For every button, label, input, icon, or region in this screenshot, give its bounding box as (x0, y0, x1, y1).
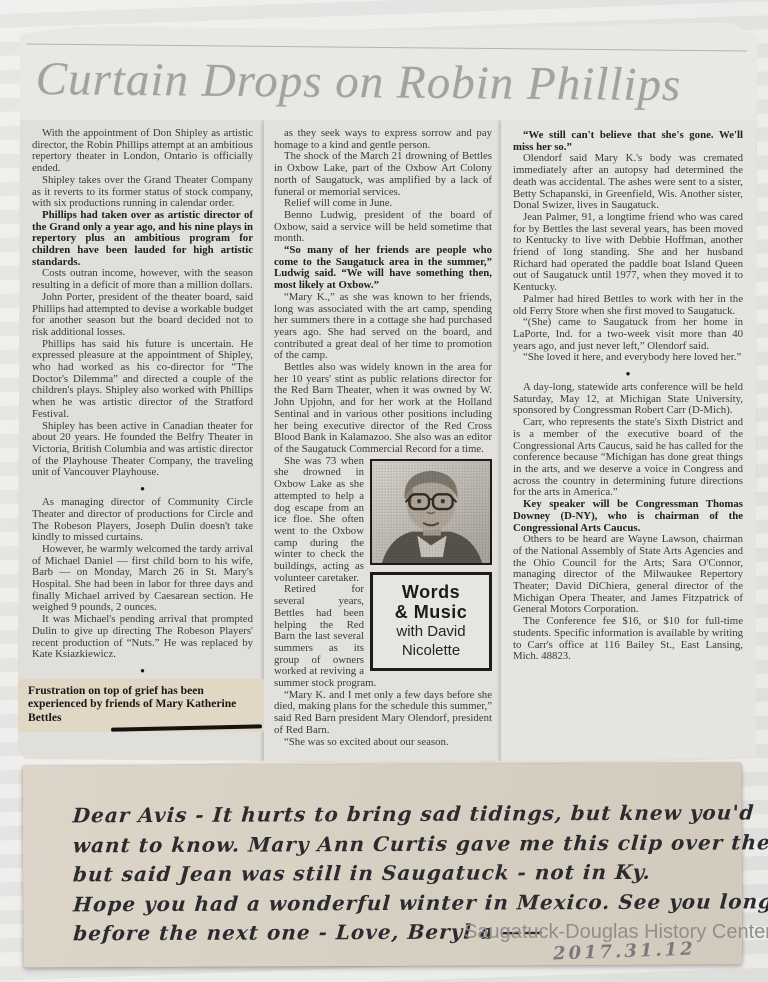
article-paragraph: Palmer had hired Bettles to work with he… (513, 294, 743, 317)
article-paragraph: The Conference fee $16, or $10 for full-… (513, 616, 743, 663)
article-paragraph: “She was so excited about our season. (274, 737, 492, 749)
article-paragraph: Others to be heard are Wayne Lawson, cha… (513, 534, 743, 616)
portrait-photo-icon (372, 461, 490, 563)
article-paragraph: “So many of her friends are people who c… (274, 245, 492, 292)
article-paragraph: Key speaker will be Congressman Thomas D… (513, 499, 743, 534)
column-3-text: “We still can't believe that she's gone.… (513, 130, 743, 663)
article-paragraph: Costs outran income, however, with the s… (32, 268, 253, 291)
article-paragraph: Phillips had taken over as artistic dire… (32, 210, 253, 269)
article-paragraph: It was Michael's pending arrival that pr… (32, 614, 253, 661)
article-paragraph: “She loved it here, and everybody here l… (513, 352, 743, 364)
headline-rule (26, 44, 747, 52)
article-paragraph: The shock of the March 21 drowning of Be… (274, 151, 492, 198)
section-bullet: ● (32, 484, 253, 493)
article-column-3: “We still can't believe that she's gone.… (501, 120, 757, 762)
note-line: Dear Avis - It hurts to bring sad tiding… (72, 799, 725, 831)
column-2-text-bottom: “Mary K. and I met only a few days befor… (274, 690, 492, 749)
kicker-underline (111, 724, 262, 731)
article-paragraph: Jean Palmer, 91, a longtime friend who w… (513, 212, 743, 294)
article-paragraph: Bettles also was widely known in the are… (274, 362, 492, 456)
article-column-2: as they seek ways to express sorrow and … (264, 120, 501, 762)
section-bullet: ● (513, 369, 743, 378)
article-paragraph: Shipley has been active in Canadian thea… (32, 421, 253, 480)
article-paragraph: “(She) came to Saugatuck from her home i… (513, 317, 743, 352)
article-paragraph: Olendorf said Mary K.'s body was cremate… (513, 153, 743, 212)
article-columns: With the appointment of Don Shipley as a… (18, 120, 757, 762)
headline: Curtain Drops on Robin Phillips (35, 52, 747, 113)
article-paragraph: With the appointment of Don Shipley as a… (32, 128, 253, 175)
note-line: Hope you had a wonderful winter in Mexic… (72, 887, 725, 919)
news-clipping: Curtain Drops on Robin Phillips With the… (18, 22, 757, 762)
words-music-title: Words (375, 582, 487, 602)
words-music-title2: & Music (375, 602, 487, 622)
section-bullet: ● (32, 666, 253, 675)
words-music-subtitle: with David (375, 622, 487, 641)
column-1-text: With the appointment of Don Shipley as a… (32, 128, 253, 675)
article-paragraph: “We still can't believe that she's gone.… (513, 130, 743, 153)
columnist-box: Words & Music with David Nicolette (370, 459, 492, 671)
photo-frame (370, 459, 492, 565)
article-paragraph: A day-long, statewide arts conference wi… (513, 382, 743, 417)
article-paragraph: “Mary K. and I met only a few days befor… (274, 690, 492, 737)
kicker-text: Frustration on top of grief has been exp… (28, 684, 236, 724)
article-paragraph: Shipley takes over the Grand Theater Com… (32, 175, 253, 210)
article-column-1: With the appointment of Don Shipley as a… (18, 120, 264, 762)
article-paragraph: However, he warmly welcomed the tardy ar… (32, 544, 253, 614)
article-paragraph: Carr, who represents the state's Sixth D… (513, 417, 743, 499)
article-paragraph: As managing director of Community Circle… (32, 497, 253, 544)
article-paragraph: John Porter, president of the theater bo… (32, 292, 253, 339)
column-2-text-top: as they seek ways to express sorrow and … (274, 128, 492, 456)
desk-background: Curtain Drops on Robin Phillips With the… (0, 0, 768, 982)
article-paragraph: Benno Ludwig, president of the board of … (274, 210, 492, 245)
kicker-banner: Frustration on top of grief has been exp… (18, 679, 264, 733)
note-line: but said Jean was still in Saugatuck - n… (72, 858, 725, 890)
headline-strip: Curtain Drops on Robin Phillips (18, 22, 757, 120)
words-music-box: Words & Music with David Nicolette (370, 572, 492, 671)
words-music-subtitle2: Nicolette (375, 641, 487, 660)
article-paragraph: as they seek ways to express sorrow and … (274, 128, 492, 151)
article-paragraph: Phillips has said his future is uncertai… (32, 339, 253, 421)
note-line: want to know. Mary Ann Curtis gave me th… (72, 828, 725, 860)
article-paragraph: “Mary K.,” as she was known to her frien… (274, 292, 492, 362)
